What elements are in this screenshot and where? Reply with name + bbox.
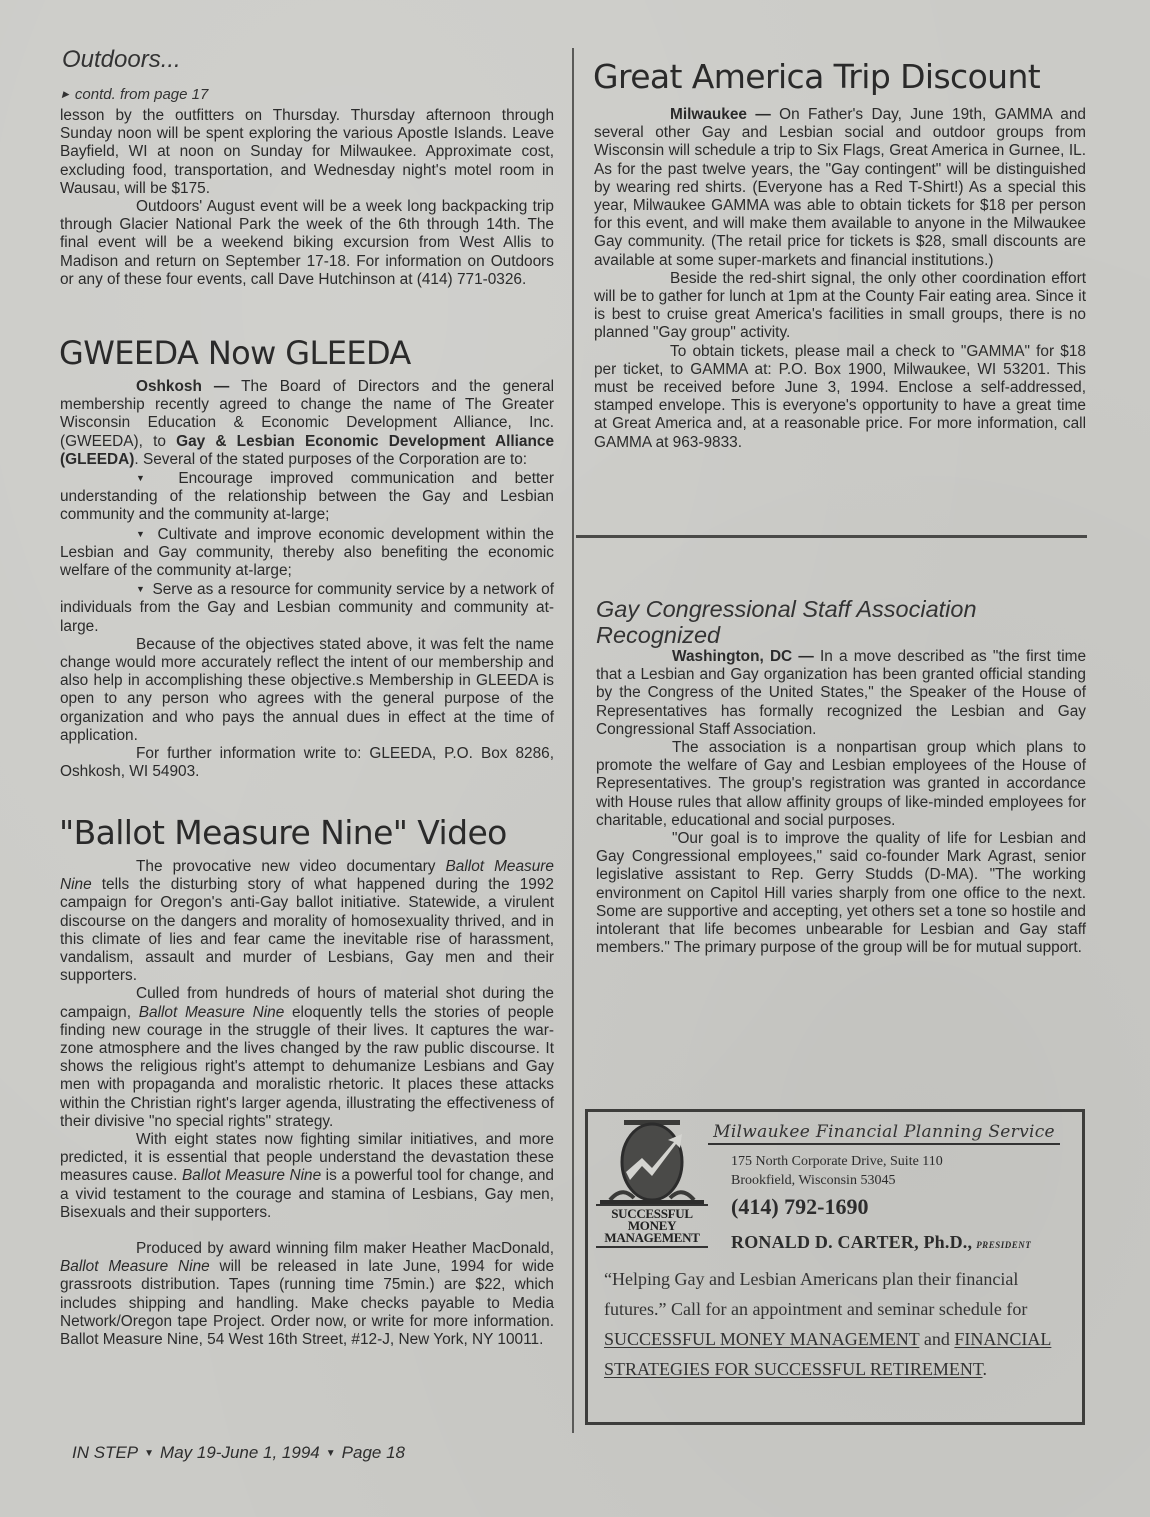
triangle-down-icon: ▼ [136, 529, 148, 539]
gcsa-paragraph: Washington, DC — In a move described as … [596, 648, 1086, 739]
publication-name: IN STEP [72, 1443, 138, 1462]
triangle-down-icon: ▼ [326, 1448, 336, 1459]
checkmark-arrow-oval-icon [596, 1118, 708, 1206]
ad-logo: SUCCESSFUL MONEY MANAGEMENT [596, 1118, 708, 1248]
logo-wordmark: SUCCESSFUL MONEY MANAGEMENT [596, 1204, 708, 1248]
seminar-title: SUCCESSFUL MONEY MANAGEMENT [604, 1329, 919, 1349]
ballot-headline: "Ballot Measure Nine" Video [59, 814, 554, 852]
outdoors-paragraph: Outdoors' August event will be a week lo… [60, 198, 554, 289]
contact-name: RONALD D. CARTER, Ph.D.,PRESIDENT [731, 1232, 1031, 1253]
ad-blurb: “Helping Gay and Lesbian Americans plan … [604, 1264, 1074, 1384]
outdoors-kicker: Outdoors... [62, 46, 554, 74]
gweeda-article: GWEEDA Now GLEEDA Oshkosh — The Board of… [60, 334, 554, 781]
triangle-down-icon: ▼ [136, 473, 158, 483]
issue-dates: May 19-June 1, 1994 [160, 1443, 320, 1462]
contact-title: PRESIDENT [976, 1240, 1031, 1250]
triangle-right-icon: ▶ [62, 89, 69, 99]
great-america-paragraph: To obtain tickets, please mail a check t… [594, 343, 1086, 452]
ballot-paragraph: Culled from hundreds of hours of materia… [60, 985, 554, 1131]
continued-from-label: ▶contd. from page 17 [62, 86, 554, 103]
gweeda-headline: GWEEDA Now GLEEDA [59, 334, 554, 372]
gweeda-bullet: ▼ Serve as a resource for community serv… [60, 580, 554, 636]
great-america-paragraph: Milwaukee — On Father's Day, June 19th, … [594, 106, 1086, 270]
page-footer: IN STEP▼May 19-June 1, 1994▼Page 18 [72, 1443, 405, 1463]
business-address: 175 North Corporate Drive, Suite 110 Bro… [731, 1152, 943, 1190]
left-column: Outdoors... ▶contd. from page 17 lesson … [60, 40, 554, 289]
outdoors-article: Outdoors... ▶contd. from page 17 lesson … [60, 46, 554, 289]
triangle-down-icon: ▼ [136, 584, 145, 594]
gweeda-bullet: ▼ Cultivate and improve economic develop… [60, 525, 554, 581]
dateline: Oshkosh — [136, 378, 229, 395]
triangle-down-icon: ▼ [144, 1448, 154, 1459]
financial-planning-ad: SUCCESSFUL MONEY MANAGEMENT Milwaukee Fi… [585, 1109, 1085, 1425]
congressional-staff-article: Gay Congressional Staff Association Reco… [596, 596, 1086, 957]
column-divider [572, 48, 574, 1433]
ballot-paragraph: The provocative new video documentary Ba… [60, 858, 554, 985]
great-america-article: Great America Trip Discount Milwaukee — … [594, 58, 1086, 452]
page-number: Page 18 [342, 1443, 405, 1462]
great-america-headline: Great America Trip Discount [593, 58, 1086, 96]
gweeda-bullet: ▼ Encourage improved communication and b… [60, 469, 554, 525]
gcsa-headline: Gay Congressional Staff Association Reco… [596, 596, 1086, 648]
section-divider [576, 535, 1087, 538]
dateline: Washington, DC — [672, 648, 814, 665]
ballot-paragraph: Produced by award winning film maker Hea… [60, 1240, 554, 1349]
newspaper-page: Outdoors... ▶contd. from page 17 lesson … [0, 0, 1150, 1517]
ballot-paragraph: With eight states now fighting similar i… [60, 1131, 554, 1222]
gweeda-lead: Oshkosh — The Board of Directors and the… [60, 378, 554, 469]
gcsa-paragraph: "Our goal is to improve the quality of l… [596, 830, 1086, 957]
gweeda-paragraph: For further information write to: GLEEDA… [60, 745, 554, 781]
outdoors-paragraph: lesson by the outfitters on Thursday. Th… [60, 107, 554, 198]
great-america-paragraph: Beside the red-shirt signal, the only ot… [594, 270, 1086, 343]
business-phone: (414) 792-1690 [731, 1194, 868, 1220]
ballot-measure-article: "Ballot Measure Nine" Video The provocat… [60, 814, 554, 1349]
dateline: Milwaukee — [670, 106, 771, 123]
gweeda-paragraph: Because of the objectives stated above, … [60, 636, 554, 745]
business-name: Milwaukee Financial Planning Service [708, 1122, 1060, 1145]
gcsa-paragraph: The association is a nonpartisan group w… [596, 739, 1086, 830]
